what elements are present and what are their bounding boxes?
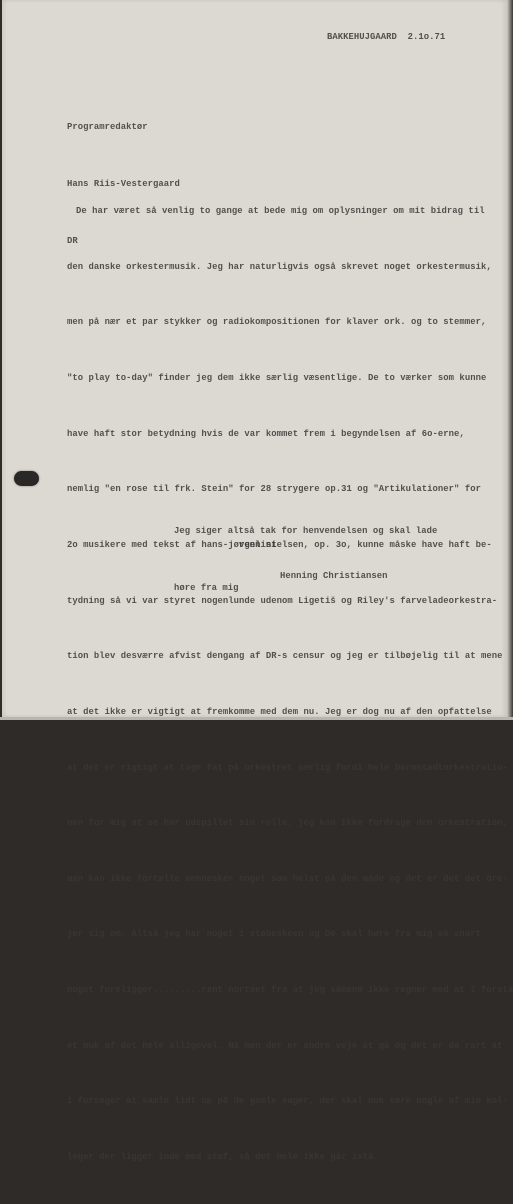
body-line: tion blev desværre afvist dengang af DR-… [67,647,513,666]
letter-date: 2.1o.71 [408,32,446,42]
body-line: men på nær et par stykker og radiokompos… [67,313,513,332]
closing-paragraph: Jeg siger altså tak for henvendelsen og … [174,484,437,636]
letter-place: BAKKEHUJGAARD [327,32,397,42]
body-line: De har været så venlig to gange at bede … [67,202,513,221]
body-line: den danske orkestermusik. Jeg har naturl… [67,258,513,277]
closing-line: Jeg siger altså tak for henvendelsen og … [174,522,437,541]
signature: Henning Christiansen [280,571,388,581]
body-line: have haft stor betydning hvis de var kom… [67,425,513,444]
closing-line: høre fra mig [174,579,437,598]
body-line: "to play to-day" finder jeg dem ikke sær… [67,369,513,388]
regards: venlist [239,540,277,550]
punch-hole [14,471,39,486]
letter-page: BAKKEHUJGAARD 2.1o.71 Programredaktør Ha… [2,0,507,717]
letter-body: De har været så venlig to gange at bede … [67,165,513,720]
letter-dateline: BAKKEHUJGAARD 2.1o.71 [327,32,445,42]
page-edge-shadow [507,0,513,720]
recipient-title: Programredaktør [67,118,180,137]
